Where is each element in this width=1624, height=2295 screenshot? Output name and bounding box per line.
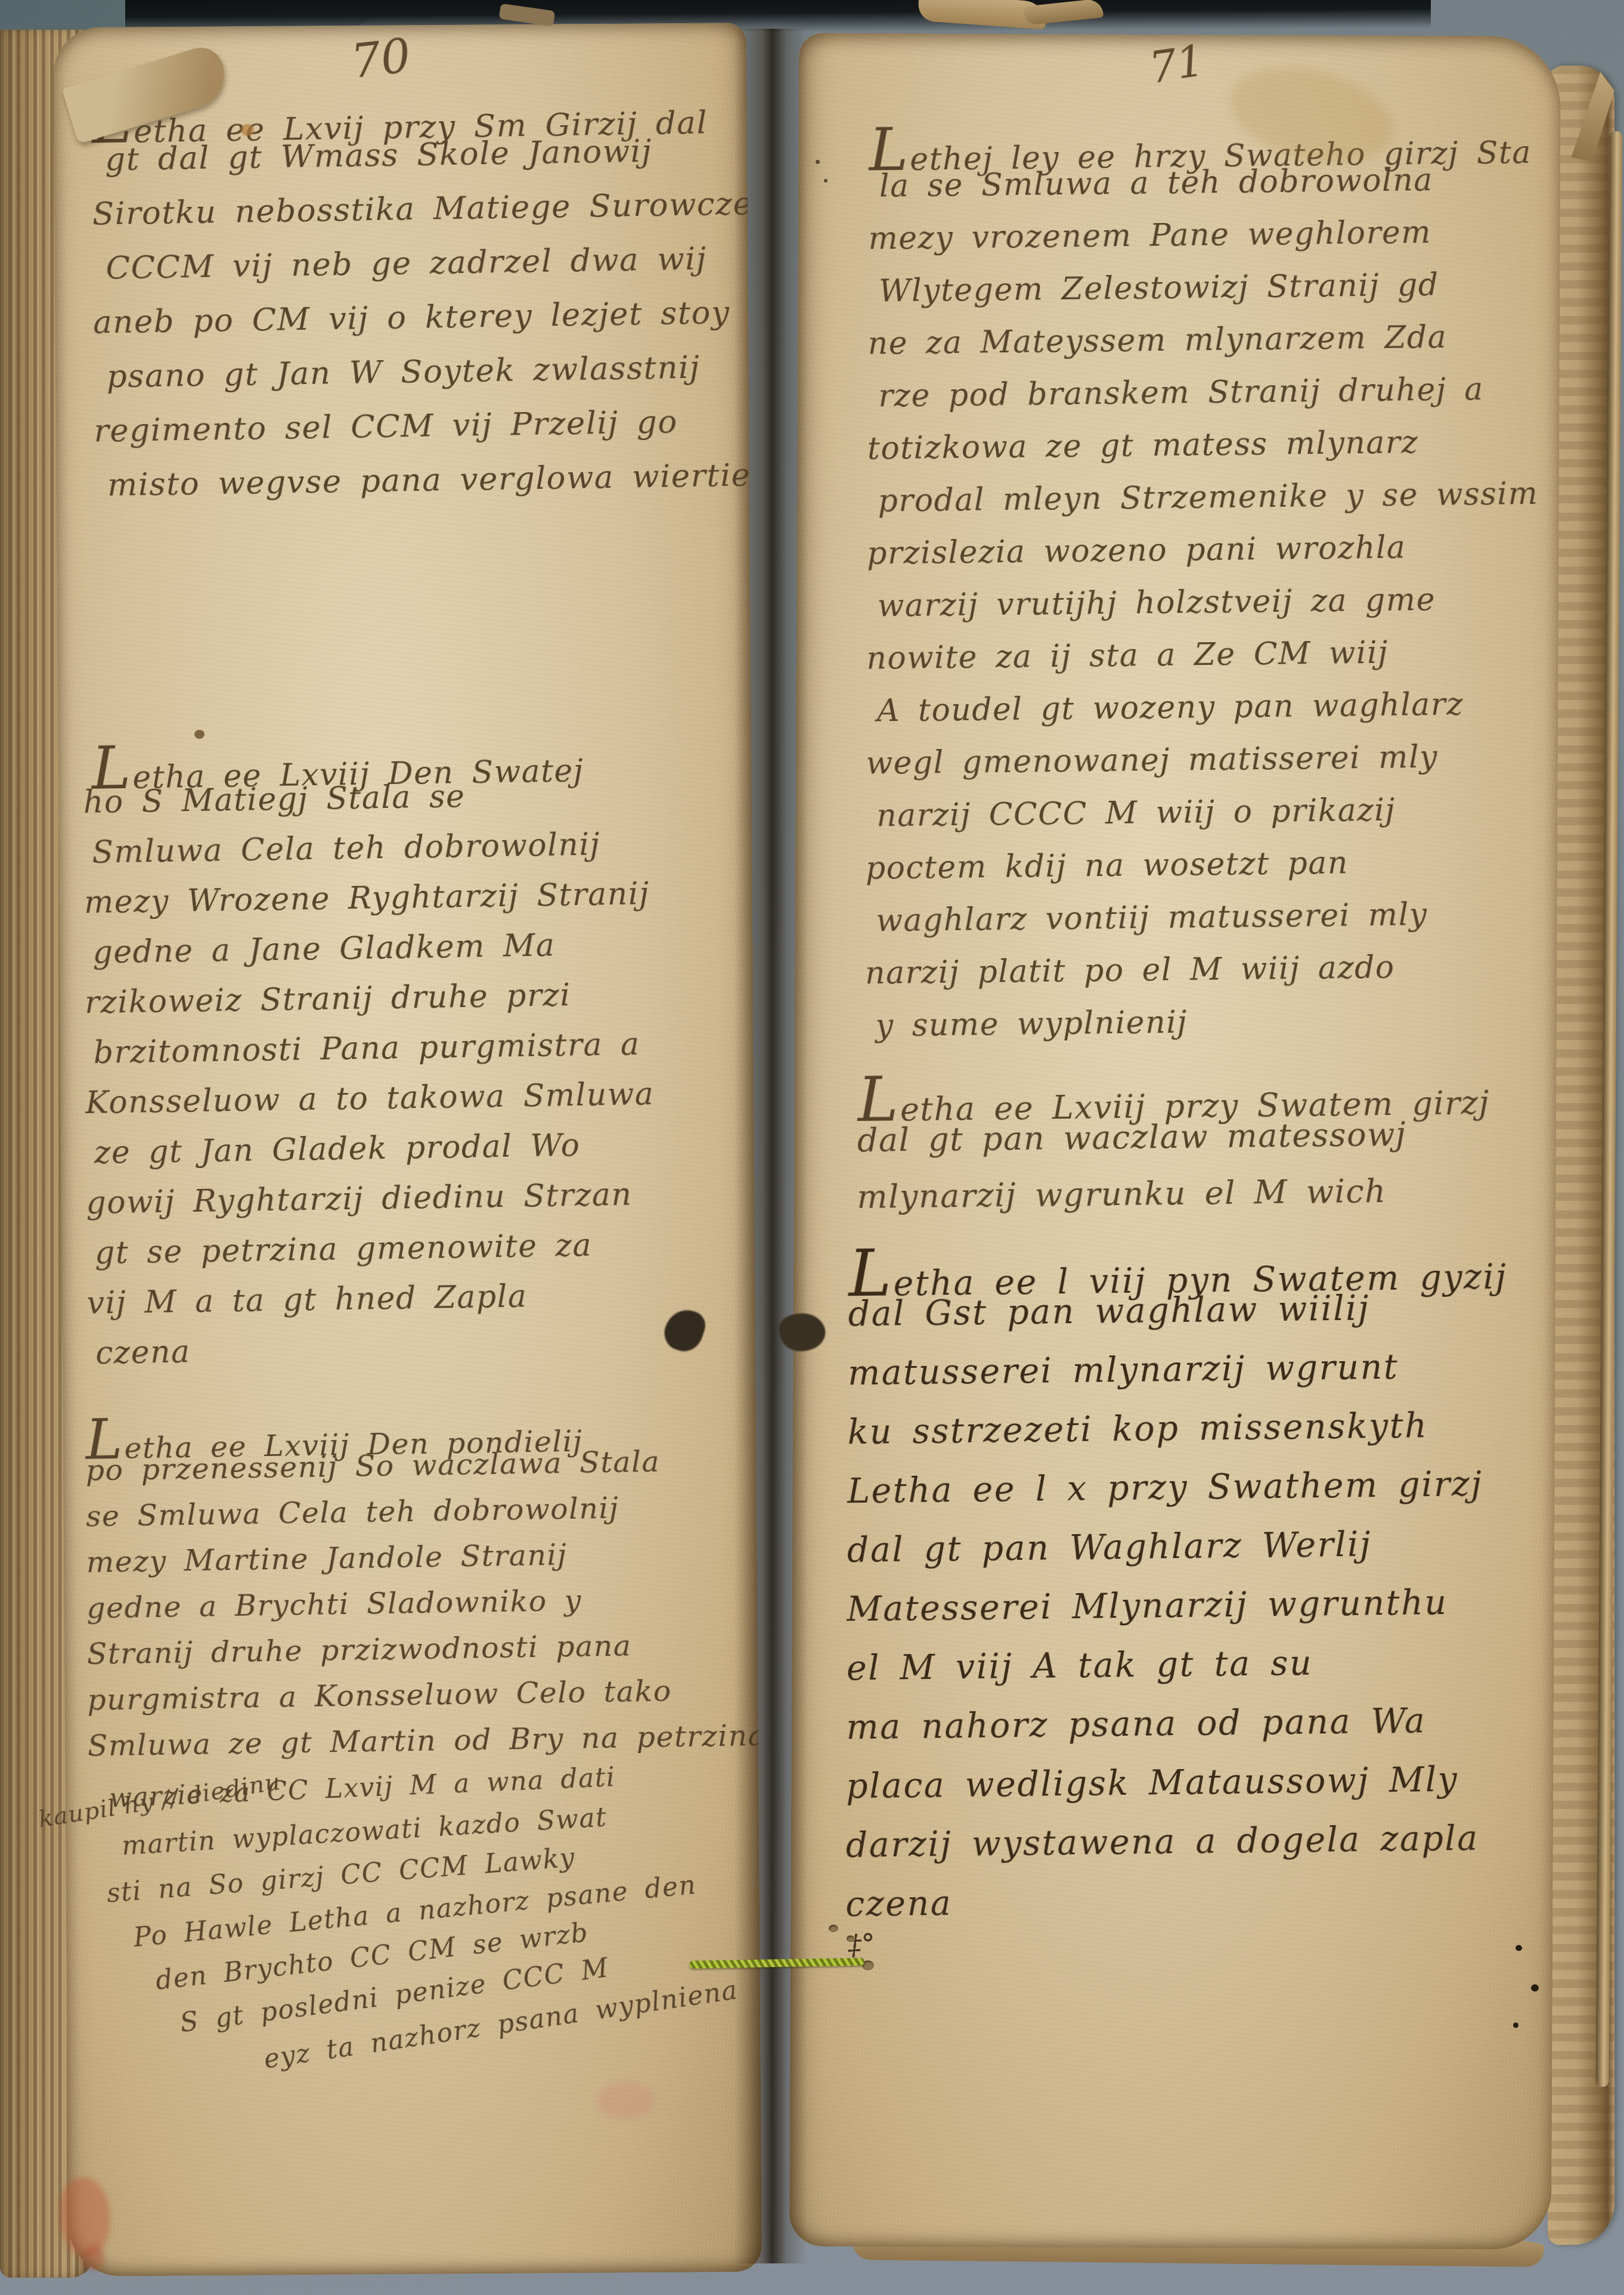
worm-hole: [829, 1925, 838, 1932]
handwriting-line: gt dal gt Wmass Skole Janowij: [105, 131, 753, 196]
handwriting-line: gt se petrzina gmenowite za: [95, 1227, 656, 1286]
handwriting-line: brzitomnosti Pana purgmistra a: [93, 1026, 654, 1085]
handwriting-line: dal gt pan waczlaw matessowj: [857, 1114, 1489, 1178]
handwriting-line: Letha ee l x przy Swathem girzj: [847, 1464, 1507, 1531]
worm-hole: [847, 1935, 854, 1942]
handwriting-line: Sirotku nebosstika Matiege Surowcze: [92, 185, 753, 250]
page-number-right: 71: [1146, 36, 1207, 93]
handwriting-line: gedne a Jane Gladkem Ma: [92, 926, 653, 985]
handwriting-line: mezy Wrozene Ryghtarzij Stranij: [84, 876, 653, 935]
handwriting-line: rze pod branskem Stranij druhej a: [878, 371, 1539, 431]
handwriting-line: totizkowa ze gt matess mlynarz: [867, 423, 1539, 484]
handwriting-line: Smluwa Cela teh dobrowolnij: [92, 826, 653, 885]
handwriting-line: czena: [95, 1327, 656, 1386]
handwriting-line: narzij CCCC M wiij o prikazij: [876, 791, 1538, 851]
handwriting-line: A toudel gt wozeny pan waghlarz: [877, 686, 1538, 746]
handwriting-line: ma nahorz psana od pana Wa: [846, 1701, 1505, 1767]
handwriting-line: Lethej ley ee hrzy Swateho girzj Sta: [869, 109, 1541, 169]
handwriting-line: dal gt pan Waghlarz Werlij: [847, 1523, 1506, 1590]
ink-speck: [1513, 2023, 1518, 2028]
handwriting-line: czena: [845, 1878, 1505, 1944]
ink-speck: [824, 179, 828, 182]
ink-speck: [1515, 1945, 1522, 1951]
handwriting-line: ho S Matiegj Stala se: [83, 776, 652, 835]
paragraph-end-mark: ‡°: [847, 1927, 876, 1961]
handwriting-line: Wlytegem Zelestowizj Stranij gd: [879, 266, 1540, 326]
brown-stain: [194, 730, 204, 739]
left-paragraph-2: Letha ee Lxviij Den Swatejho S Matiegj S…: [83, 728, 656, 1383]
left-paragraph-3: Letha ee Lxviij Den pondielijpo przeness…: [85, 1400, 762, 2056]
handwriting-line: narzij platit po el M wiij azdo: [865, 948, 1537, 1008]
pink-stain: [597, 2082, 654, 2119]
handwriting-line: dal Gst pan waghlaw wiilij: [848, 1287, 1507, 1354]
handwriting-line: vij M a ta gt hned Zapla: [86, 1277, 656, 1336]
red-stain: [81, 2246, 105, 2271]
handwriting-line: nowite za ij sta a Ze CM wiij: [866, 633, 1538, 693]
handwriting-line: waghlarz vontiij matusserei mly: [876, 896, 1537, 956]
handwriting-line: misto wegvse pana verglowa wiertie: [107, 457, 755, 521]
handwriting-line: gowij Ryghtarzij diedinu Strzan: [86, 1176, 655, 1235]
handwriting-line: Konsseluow a to takowa Smluwa: [85, 1076, 655, 1135]
rust-stain: [241, 124, 254, 136]
handwriting-line: psano gt Jan W Soytek zwlasstnij: [106, 348, 754, 413]
right-paragraph-2: Letha ee Lxviij przy Swatem girzjdal gt …: [857, 1060, 1489, 1233]
handwriting-line: ne za Mateyssem mlynarzem Zda: [867, 318, 1539, 379]
handwriting-line: el M viij A tak gt ta su: [847, 1642, 1506, 1708]
handwriting-line: warzij vrutijhj holzstveij za gme: [877, 581, 1538, 641]
manuscript-photo: { "document": { "type": "handwritten man…: [0, 0, 1624, 2295]
handwriting-line: rzikoweiz Stranij druhe przi: [85, 976, 654, 1035]
handwriting-line: mezy vrozenem Pane weghlorem: [868, 213, 1540, 274]
handwriting-line: ku sstrzezeti kop missenskyth: [847, 1405, 1507, 1472]
right-paragraph-3: Letha ee l viij pyn Swatem gyzijdal Gst …: [845, 1231, 1507, 1942]
handwriting-line: Matesserei Mlynarzij wgrunthu: [847, 1582, 1506, 1649]
left-page: 70 Letha ee Lxvij przy Sm Girzij dalgt d…: [53, 23, 762, 2277]
handwriting-line: Letha ee l viij pyn Swatem gyzij: [848, 1228, 1508, 1295]
ink-speck: [816, 160, 820, 164]
right-page: 71 Lethej ley ee hrzy Swateho girzj Stal…: [789, 33, 1561, 2250]
handwriting-line: przislezia wozeno pani wrozhla: [867, 528, 1539, 589]
handwriting-line: ze gt Jan Gladek prodal Wo: [94, 1126, 655, 1185]
handwriting-line: CCCM vij neb ge zadrzel dwa wij: [106, 240, 754, 304]
handwriting-line: Letha ee Lxviij przy Swatem girzj: [857, 1058, 1490, 1122]
handwriting-line: mlynarzij wgrunku el M wich: [857, 1171, 1489, 1235]
page-number-left: 70: [349, 29, 414, 89]
handwriting-line: wegl gmenowanej matisserei mly: [866, 738, 1538, 798]
book-gutter-shadow: [734, 29, 807, 2263]
handwriting-line: prodal mleyn Strzemenike y se wssim: [878, 476, 1539, 536]
handwriting-line: matusserei mlynarzij wgrunt: [848, 1346, 1507, 1413]
handwriting-line: aneb po CM vij o kterey lezjet stoy: [93, 294, 754, 358]
handwriting-line: la se Smluwa a teh dobrowolna: [879, 161, 1540, 221]
handwriting-line: regimento sel CCM vij Przelij go: [94, 402, 755, 467]
handwriting-line: poctem kdij na wosetzt pan: [866, 843, 1538, 903]
ink-speck: [1531, 1984, 1539, 1992]
left-paragraph-1: Letha ee Lxvij przy Sm Girzij dalgt dal …: [92, 80, 755, 519]
handwriting-line: darzij wystawena a dogela zapla: [845, 1819, 1505, 1885]
handwriting-line: Letha ee Lxviij Den Swatej: [91, 726, 652, 785]
handwriting-line: y sume wyplnienij: [875, 1001, 1536, 1061]
right-paragraph-1: Lethej ley ee hrzy Swateho girzj Stala s…: [865, 111, 1541, 1058]
handwriting-line: placa wedligsk Mataussowj Mly: [846, 1760, 1505, 1826]
